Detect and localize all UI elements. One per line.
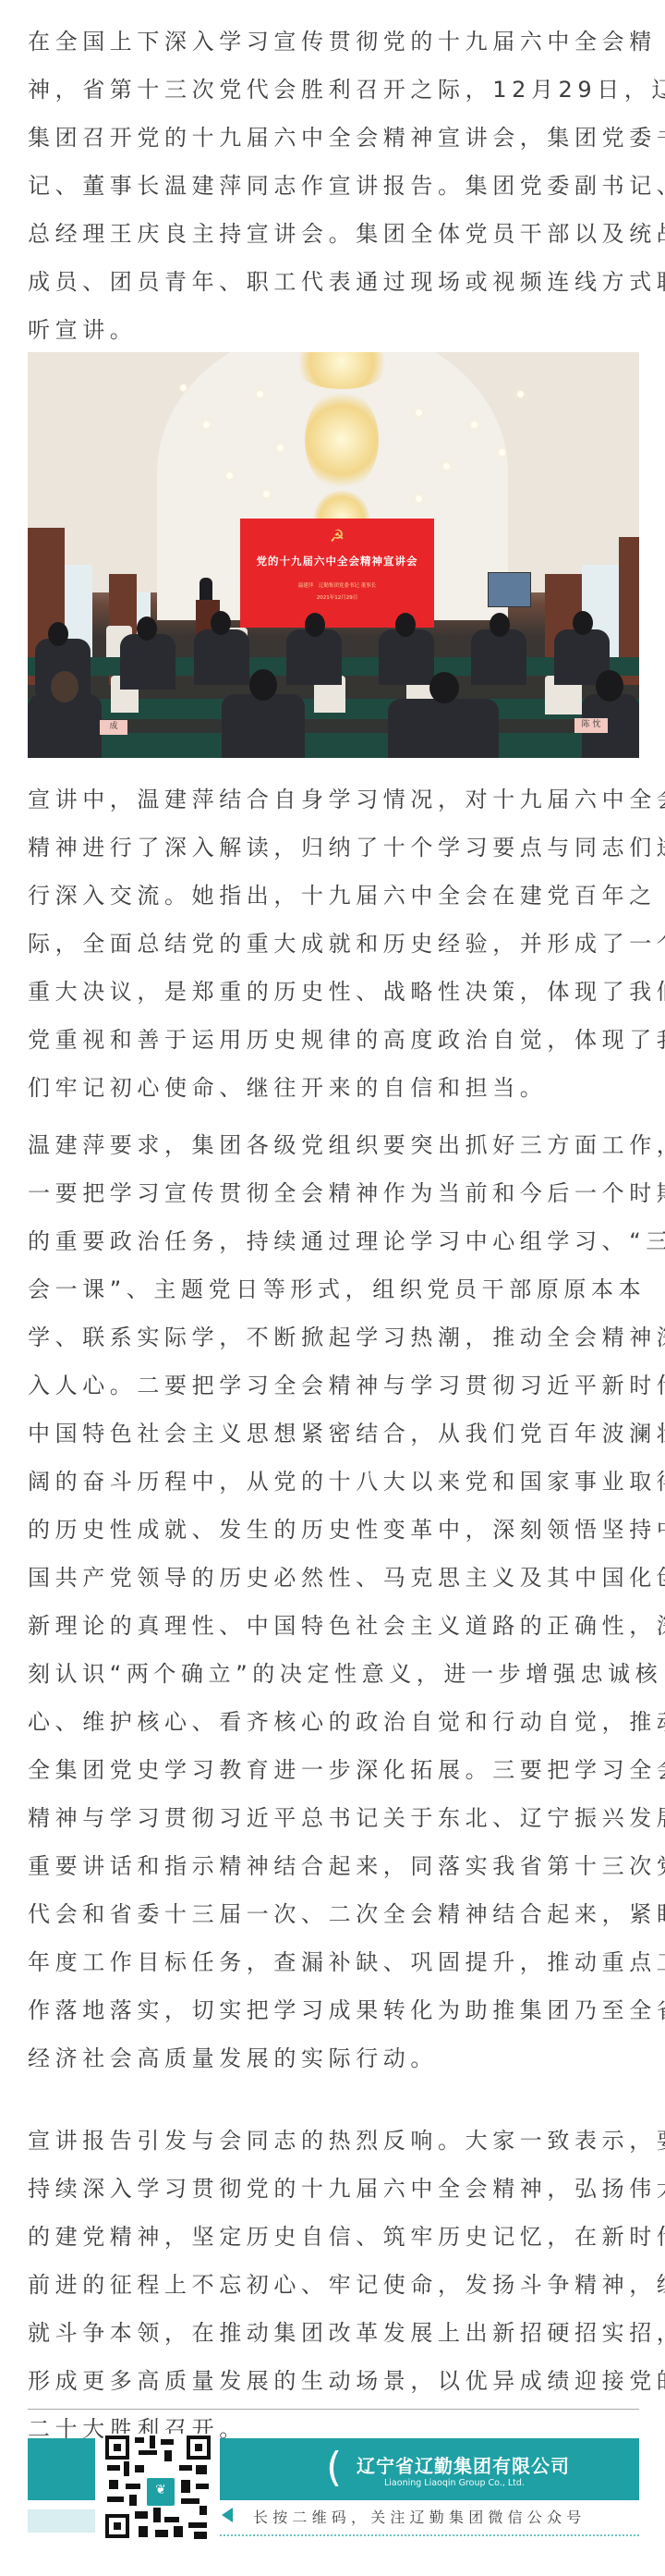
paragraph-speech: 宣讲中，温建萍结合自身学习情况，对十九届六中全会 精神进行了深入解读，归纳了十个… <box>28 775 665 1112</box>
paragraph-intro: 在全国上下深入学习宣传贯彻党的十九届六中全会精 神，省第十三次党代会胜利召开之际… <box>28 18 665 354</box>
text-line: 刻认识“两个确立”的决定性意义，进一步增强忠诚核 <box>28 1650 665 1698</box>
text-line: 国共产党领导的历史必然性、马克思主义及其中国化创 <box>28 1554 665 1602</box>
text-line: 党重视和善于运用历史规律的高度政治自觉，体现了我 <box>28 1016 665 1064</box>
nameplate: 成 <box>100 720 127 735</box>
arrow-left-icon <box>222 2508 233 2522</box>
text-line: 作落地落实，切实把学习成果转化为助推集团乃至全省 <box>28 1986 665 2034</box>
paragraph-response: 宣讲报告引发与会同志的热烈反响。大家一致表示，要 持续深入学习贯彻党的十九届六中… <box>28 2117 665 2453</box>
text-line: 集团召开党的十九届六中全会精神宣讲会，集团党委书 <box>28 114 665 162</box>
brand-band: ( 辽宁省辽勤集团有限公司 Liaoning Liaoqin Group Co.… <box>220 2438 639 2500</box>
text-line: 重要讲话和指示精神结合起来，同落实我省第十三次党 <box>28 1842 665 1890</box>
text-line: 会一课”、主题党日等形式，组织党员干部原原本本 <box>28 1265 665 1313</box>
text-line: 一要把学习宣传贯彻全会精神作为当前和今后一个时期 <box>28 1169 665 1217</box>
dotted-divider <box>220 2534 639 2536</box>
screen-date: 2021年12月29日 <box>240 593 434 601</box>
text-line: 经济社会高质量发展的实际行动。 <box>28 2034 665 2082</box>
text-line: 行深入交流。她指出，十九届六中全会在建党百年之 <box>28 872 665 920</box>
text-line: 代会和省委十三届一次、二次全会精神结合起来，紧盯 <box>28 1890 665 1938</box>
follow-cta: 长按二维码，关注辽勤集团微信公众号 <box>253 2506 586 2527</box>
text-line: 年度工作目标任务，查漏补缺、巩固提升，推动重点工 <box>28 1938 665 1986</box>
chandelier <box>305 389 379 491</box>
qr-code-icon[interactable]: ❦ <box>103 2434 212 2540</box>
text-line: 中国特色社会主义思想紧密结合，从我们党百年波澜壮 <box>28 1410 665 1458</box>
text-line: 记、董事长温建萍同志作宣讲报告。集团党委副书记、 <box>28 162 665 210</box>
video-monitor <box>488 572 531 607</box>
text-line: 温建萍要求，集团各级党组织要突出抓好三方面工作， <box>28 1121 665 1169</box>
text-line: 的重要政治任务，持续通过理论学习中心组学习、“三 <box>28 1217 665 1265</box>
text-line: 精神与学习贯彻习近平总书记关于东北、辽宁振兴发展 <box>28 1794 665 1842</box>
text-line: 就斗争本领，在推动集团改革发展上出新招硬招实招， <box>28 2309 665 2357</box>
text-line: 宣讲中，温建萍结合自身学习情况，对十九届六中全会 <box>28 775 665 824</box>
text-line: 听宣讲。 <box>28 306 665 354</box>
phoenix-logo-icon: ❦ <box>145 2476 176 2508</box>
section-divider <box>28 2409 639 2410</box>
screen-title: 党的十九届六中全会精神宣讲会 <box>240 554 434 568</box>
paragraph-requirements: 温建萍要求，集团各级党组织要突出抓好三方面工作， 一要把学习宣传贯彻全会精神作为… <box>28 1121 665 2082</box>
text-line: 宣讲报告引发与会同志的热烈反响。大家一致表示，要 <box>28 2117 665 2165</box>
text-line: 精神进行了深入解读，归纳了十个学习要点与同志们进 <box>28 824 665 872</box>
decor-block-light <box>28 2509 95 2533</box>
text-line: 形成更多高质量发展的生动场景，以优异成绩迎接党的 <box>28 2357 665 2405</box>
text-line: 新理论的真理性、中国特色社会主义道路的正确性，深 <box>28 1602 665 1650</box>
text-line: 学、联系实际学，不断掀起学习热潮，推动全会精神深 <box>28 1313 665 1361</box>
text-line: 重大决议，是郑重的历史性、战略性决策，体现了我们 <box>28 968 665 1016</box>
text-line: 的建党精神，坚定历史自信、筑牢历史记忆，在新时代 <box>28 2213 665 2261</box>
text-line: 总经理王庆良主持宣讲会。集团全体党员干部以及统战 <box>28 210 665 258</box>
text-line: 们牢记初心使命、继往开来的自信和担当。 <box>28 1064 665 1112</box>
text-line: 际，全面总结党的重大成就和历史经验，并形成了一个 <box>28 920 665 968</box>
text-line: 成员、团员青年、职工代表通过现场或视频连线方式聆 <box>28 258 665 306</box>
decor-block-dark <box>28 2438 95 2500</box>
text-line: 神，省第十三次党代会胜利召开之际，12月29日，辽勤 <box>28 66 665 114</box>
text-line: 在全国上下深入学习宣传贯彻党的十九届六中全会精 <box>28 18 665 66</box>
party-emblem-icon: ☭ <box>240 528 434 546</box>
led-screen: ☭ 党的十九届六中全会精神宣讲会 温建萍 辽勤集团党委书记 董事长 2021年1… <box>240 519 434 628</box>
text-line: 入人心。二要把学习全会精神与学习贯彻习近平新时代 <box>28 1361 665 1410</box>
screen-subtitle: 温建萍 辽勤集团党委书记 董事长 <box>240 581 434 589</box>
nameplate: 陈 忱 <box>574 718 608 733</box>
text-line: 全集团党史学习教育进一步深化拓展。三要把学习全会 <box>28 1746 665 1794</box>
company-name-cn: 辽宁省辽勤集团有限公司 <box>357 2451 570 2478</box>
company-name-en: Liaoning Liaoqin Group Co., Ltd. <box>384 2478 525 2488</box>
text-line: 持续深入学习贯彻党的十九届六中全会精神，弘扬伟大 <box>28 2165 665 2213</box>
text-line: 阔的奋斗历程中，从党的十八大以来党和国家事业取得 <box>28 1458 665 1506</box>
text-line: 的历史性成就、发生的历史性变革中，深刻领悟坚持中 <box>28 1506 665 1554</box>
text-line: 前进的征程上不忘初心、牢记使命，发扬斗争精神，练 <box>28 2261 665 2309</box>
text-line: 心、维护核心、看齐核心的政治自觉和行动自觉，推动 <box>28 1698 665 1746</box>
footer-banner: ❦ ( 辽宁省辽勤集团有限公司 Liaoning Liaoqin Group C… <box>28 2431 639 2546</box>
table-row <box>28 733 639 758</box>
event-photo[interactable]: ☭ 党的十九届六中全会精神宣讲会 温建萍 辽勤集团党委书记 董事长 2021年1… <box>28 352 639 758</box>
